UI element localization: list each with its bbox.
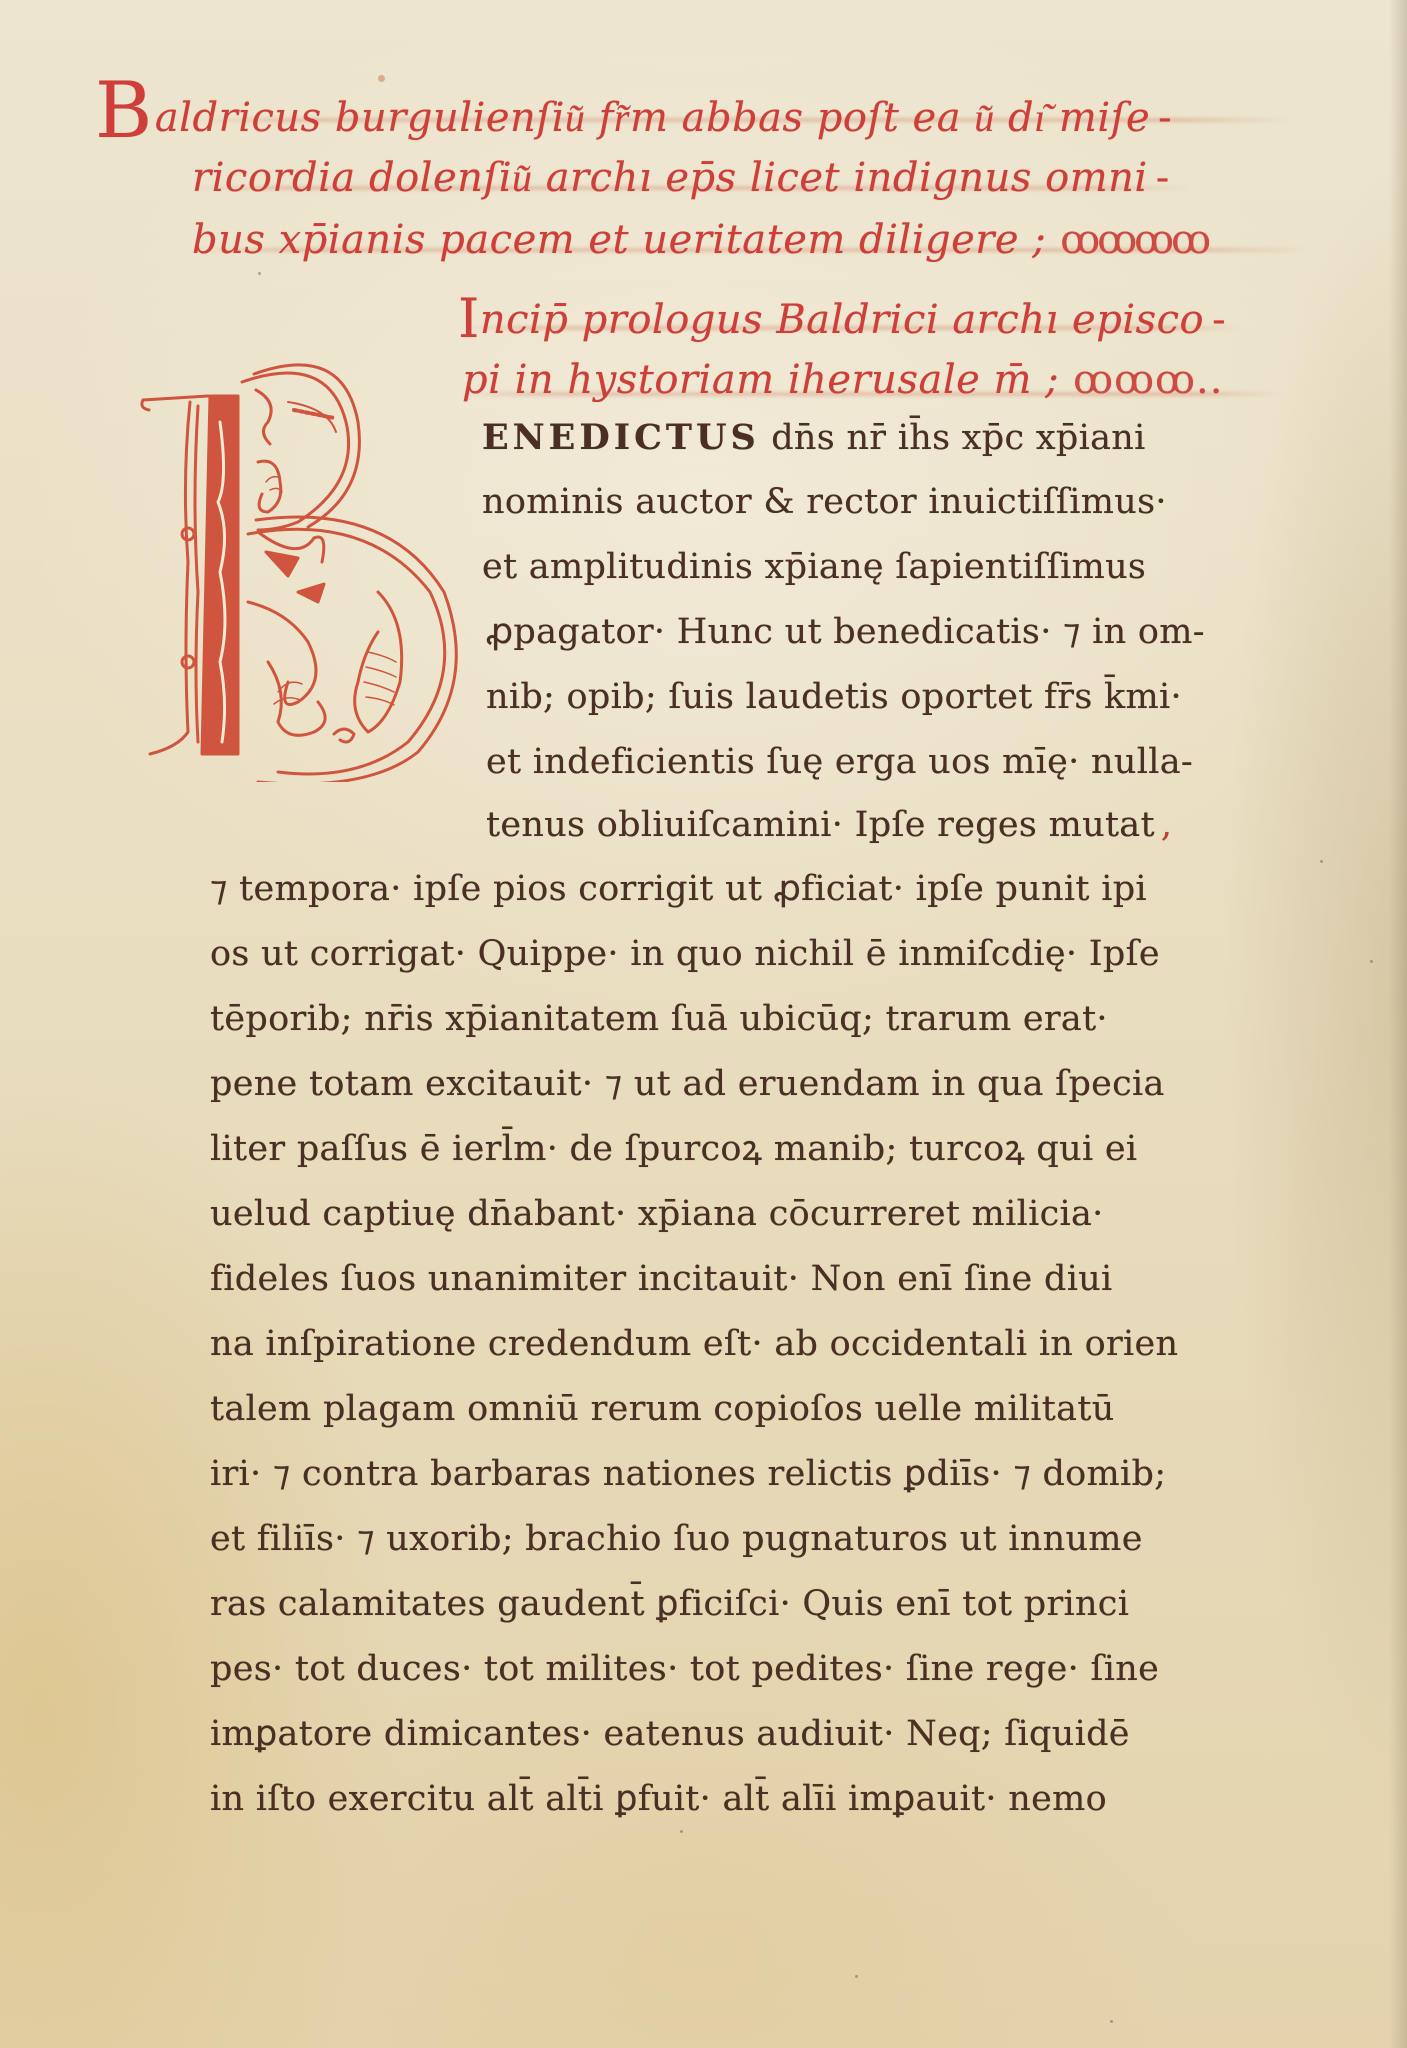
body-line-7: tenus obliuiſcamini· Ipſe reges mutat, — [486, 808, 1172, 843]
body-line-2: nominis auctor & rector inuictiſſimus· — [482, 485, 1167, 520]
body-text: nominis auctor & rector inuictiſſimus· — [482, 482, 1167, 522]
decorated-initial-b-icon — [138, 362, 468, 782]
body-line-14: fideles ſuos unanimiter incitauit· Non e… — [210, 1262, 1113, 1297]
line-hyphen: - — [1212, 297, 1226, 343]
body-text: liter paſſus ē ierl̄m· de ſpurcoꝝ manib;… — [210, 1129, 1137, 1169]
incipit-line-2: pi in hystoriam iherusale m̄ ;ꝏꝏꝏ.. — [462, 360, 1223, 400]
body-line-9: os ut corrigat· Quippe· in quo nichil ē … — [210, 937, 1160, 972]
body-line-1: ENEDICTUS dn̄s nr̄ ih̄s xp̄c xp̄iani — [482, 420, 1146, 456]
parchment-speck — [855, 1975, 858, 1978]
body-text: uelud captiuę dn̄abant· xp̄iana cōcurrer… — [210, 1194, 1104, 1234]
body-text: et amplitudinis xp̄ianę ſapientiſſimus — [482, 547, 1146, 587]
body-text: tēporib; nr̄is xp̄ianitatem ſuā ubicūq; … — [210, 999, 1108, 1039]
rubric-line-3: bus xp̄ianis pacem et ueritatem diligere… — [192, 220, 1208, 260]
body-line-22: in iſto exercitu alt̄ alt̄i ꝑfuit· alt̄ … — [210, 1782, 1107, 1817]
body-line-18: et filiīs· ⁊ uxorib; brachio ſuo pugnatu… — [210, 1522, 1143, 1557]
line-filler-ornament: ꝏꝏꝏ.. — [1073, 357, 1223, 403]
body-text: ꝓpagator· Hunc ut benedicatis· ⁊ in om- — [486, 612, 1205, 652]
line-hyphen: - — [1156, 155, 1170, 201]
incipit-text: ncip̄ prologus Baldrici archı episco — [480, 297, 1204, 343]
body-text: imꝑatore dimicantes· eatenus audiuit· Ne… — [210, 1714, 1130, 1754]
rubric-line-1: Baldricus burgulienſiu͂ fr͂m abbas poſt … — [95, 72, 1172, 150]
body-text: pene totam excitauit· ⁊ ut ad eruendam i… — [210, 1064, 1165, 1104]
body-line-16: talem plagam omniū rerum copioſos uelle … — [210, 1392, 1115, 1427]
rubric-initial: B — [95, 66, 153, 156]
parchment-speck — [680, 1830, 683, 1833]
body-text: ras calamitates gaudent̄ ꝑficiſci· Quis … — [210, 1584, 1129, 1624]
rubric-text: aldricus burgulienſiu͂ fr͂m abbas poſt e… — [155, 95, 1150, 141]
body-text: fideles ſuos unanimiter incitauit· Non e… — [210, 1259, 1113, 1299]
body-line-5: nib; opib; ſuis laudetis oportet fr̄s k̄… — [486, 680, 1182, 715]
body-line-12: liter paſſus ē ierl̄m· de ſpurcoꝝ manib;… — [210, 1132, 1137, 1167]
parchment-speck — [1110, 2020, 1113, 2023]
body-text: in iſto exercitu alt̄ alt̄i ꝑfuit· alt̄ … — [210, 1779, 1107, 1819]
body-line-15: na inſpiratione credendum eſt· ab occide… — [210, 1327, 1178, 1362]
body-line-13: uelud captiuę dn̄abant· xp̄iana cōcurrer… — [210, 1197, 1104, 1232]
body-text: et indeficientis ſuę erga uos mīę· nulla… — [486, 742, 1193, 782]
parchment-speck — [258, 272, 261, 275]
body-line-4: ꝓpagator· Hunc ut benedicatis· ⁊ in om- — [486, 615, 1205, 650]
incipit-text: pi in hystoriam iherusale m̄ ; — [462, 357, 1059, 403]
body-line-21: imꝑatore dimicantes· eatenus audiuit· Ne… — [210, 1717, 1130, 1752]
body-text: talem plagam omniū rerum copioſos uelle … — [210, 1389, 1115, 1429]
body-text: pes· tot duces· tot milites· tot pedites… — [210, 1649, 1159, 1689]
body-line-10: tēporib; nr̄is xp̄ianitatem ſuā ubicūq; … — [210, 1002, 1108, 1037]
body-text: na inſpiratione credendum eſt· ab occide… — [210, 1324, 1178, 1364]
body-line-3: et amplitudinis xp̄ianę ſapientiſſimus — [482, 550, 1146, 585]
line-hyphen: - — [1158, 95, 1172, 141]
body-line-6: et indeficientis ſuę erga uos mīę· nulla… — [486, 745, 1193, 780]
parchment-speck — [1370, 960, 1373, 963]
body-line-20: pes· tot duces· tot milites· tot pedites… — [210, 1652, 1159, 1687]
body-text: os ut corrigat· Quippe· in quo nichil ē … — [210, 934, 1160, 974]
rubric-line-2: ricordia dolenſiu͂ archı ep̄s licet indi… — [192, 158, 1170, 198]
body-line-11: pene totam excitauit· ⁊ ut ad eruendam i… — [210, 1067, 1165, 1102]
body-text: dn̄s nr̄ ih̄s xp̄c xp̄iani — [771, 418, 1145, 458]
body-text: iri· ⁊ contra barbaras nationes relictis… — [210, 1454, 1166, 1494]
body-text: tenus obliuiſcamini· Ipſe reges mutat — [486, 805, 1155, 845]
parchment-speck — [1320, 860, 1323, 863]
body-text: ⁊ tempora· ipſe pios corrigit ut ꝓficiat… — [210, 869, 1147, 909]
rubric-text: bus xp̄ianis pacem et ueritatem diligere… — [192, 217, 1046, 263]
page-edge-shadow — [1389, 0, 1407, 2048]
opening-capitals: ENEDICTUS — [482, 417, 760, 458]
body-text: et filiīs· ⁊ uxorib; brachio ſuo pugnatu… — [210, 1519, 1143, 1559]
manuscript-folio: Baldricus burgulienſiu͂ fr͂m abbas poſt … — [0, 0, 1407, 2048]
body-line-19: ras calamitates gaudent̄ ꝑficiſci· Quis … — [210, 1587, 1129, 1622]
incipit-initial: I — [458, 287, 480, 350]
rubric-text: ricordia dolenſiu͂ archı ep̄s licet indi… — [192, 155, 1148, 201]
body-line-8: ⁊ tempora· ipſe pios corrigit ut ꝓficiat… — [210, 872, 1147, 907]
body-text: nib; opib; ſuis laudetis oportet fr̄s k̄… — [486, 677, 1182, 717]
line-filler-ornament: ꝏꝏꝏꝏ — [1060, 217, 1208, 263]
incipit-line-1: Incip̄ prologus Baldrici archı episco- — [458, 292, 1226, 346]
body-line-17: iri· ⁊ contra barbaras nationes relictis… — [210, 1457, 1166, 1492]
